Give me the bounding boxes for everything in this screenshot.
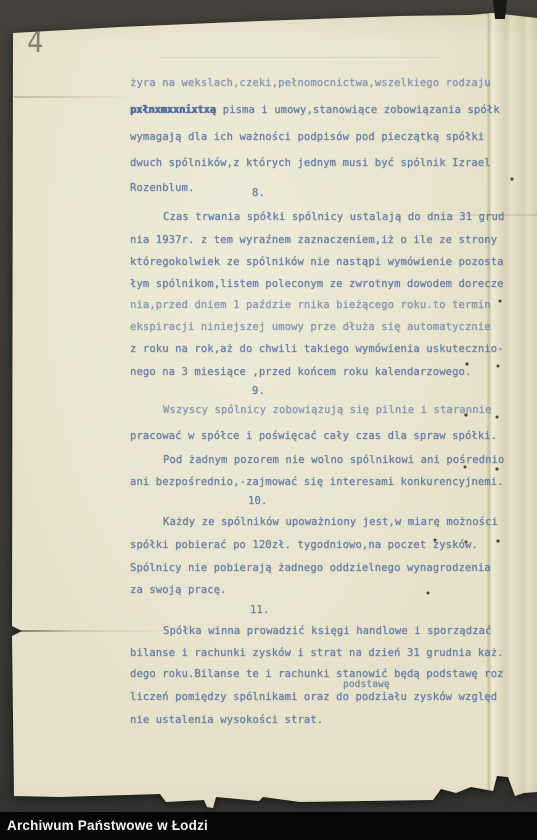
interline-insertion: podstawę xyxy=(343,679,390,690)
section-number-8: 8. xyxy=(252,187,265,199)
pencil-page-number: 4 xyxy=(27,26,44,60)
typed-line: Spólnicy nie pobierają żadnego oddzielne… xyxy=(130,562,491,574)
overtyped-strikeout: pxłnxmxxnixtxą xyxy=(130,104,216,116)
scanned-document-view: 4 żyra na wekslach,czeki,pełnomocnictwa,… xyxy=(0,0,537,840)
typed-line: Każdy ze spólników upoważniony jest,w mi… xyxy=(163,516,498,528)
horizontal-crease-tear xyxy=(12,630,172,632)
typed-line: Pod żadnym pozorem nie wolno spólnikowi … xyxy=(163,454,504,466)
typed-line: nia,przed dniem 1 paździe rnika bieżąceg… xyxy=(130,299,491,311)
typed-line: Rozenblum. xyxy=(130,182,194,194)
archive-watermark-bar: Archiwum Państwowe w Łodzi xyxy=(0,812,537,840)
typed-line-with-correction: pxłnxmxxnixtxąpisma i umowy,stanowiące z… xyxy=(130,104,500,116)
typed-line: za swoją pracę. xyxy=(130,584,227,596)
typed-line: Wszyscy spólnicy zobowiązują się pilnie … xyxy=(163,404,492,416)
typed-line: żyra na wekslach,czeki,pełnomocnictwa,ws… xyxy=(130,77,491,89)
section-number-9: 9. xyxy=(252,385,265,397)
horizontal-crease-top xyxy=(14,96,134,98)
typed-line: liczeń pomiędzy spólnikami oraz do podzi… xyxy=(130,691,497,703)
section-number-10: 10. xyxy=(248,495,267,507)
typed-line: Spółka winna prowadzić księgi handlowe i… xyxy=(163,625,492,637)
typed-line: ani bezpośrednio,-zajmować się interesam… xyxy=(130,476,504,488)
typed-line: któregokolwiek ze spólników nie nastąpi … xyxy=(130,256,504,268)
paper-sheet: 4 żyra na wekslach,czeki,pełnomocnictwa,… xyxy=(0,0,537,840)
typed-line: nia 1937r. z tem wyraźnem zaznaczeniem,i… xyxy=(130,234,497,246)
archive-watermark-label: Archiwum Państwowe w Łodzi xyxy=(0,812,537,840)
background-notch xyxy=(493,0,507,19)
typed-line: dwuch spólników,z których jednym musi by… xyxy=(130,157,491,169)
typed-line: Czas trwania spółki spólnicy ustalają do… xyxy=(163,211,504,223)
typed-line: łym spólnikom,listem poleconym ze zwrotn… xyxy=(130,278,504,290)
faint-dotted-crease xyxy=(162,57,440,58)
typed-line: nego na 3 miesiące ,przed końcem roku ka… xyxy=(130,366,471,378)
section-number-11: 11. xyxy=(250,604,269,616)
typed-line: pracować w spółce i poświęcać cały czas … xyxy=(130,430,497,442)
typed-line: wymagają dla ich ważności podpisów pod p… xyxy=(130,131,484,143)
paper-specks xyxy=(0,0,2,2)
typed-line: ekspiracji niniejszej umowy prze dłuża s… xyxy=(130,321,491,333)
paper-sheet-wrap: 4 żyra na wekslach,czeki,pełnomocnictwa,… xyxy=(0,0,537,840)
typed-line: bilanse i rachunki zysków i strat na dzi… xyxy=(130,647,504,659)
typed-line-text: pisma i umowy,stanowiące zobowiązania sp… xyxy=(223,104,500,116)
typed-line: nie ustalenia wysokości strat. xyxy=(130,714,323,726)
typed-line: spółki pobierać po 120zł. tygodniowo,na … xyxy=(130,539,478,551)
typed-line: z roku na rok,aż do chwili takiego wymów… xyxy=(130,343,504,355)
typed-line: dego roku.Bilanse te i rachunki stanowić… xyxy=(130,668,504,680)
